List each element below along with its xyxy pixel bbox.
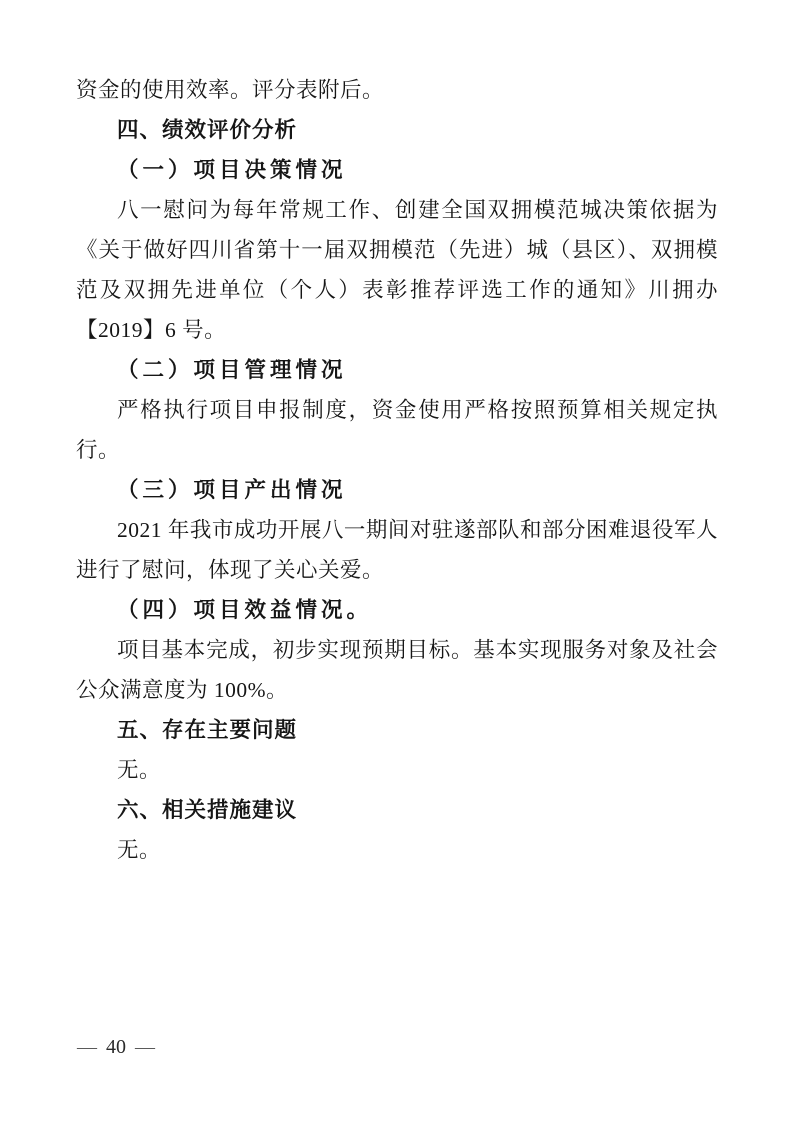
answer-none-problems: 无。 (76, 750, 718, 790)
paragraph-continuation: 资金的使用效率。评分表附后。 (76, 70, 718, 110)
subsection-heading-output: （三）项目产出情况 (76, 470, 718, 510)
page-number-value: 40 (106, 1034, 126, 1060)
subsection-heading-benefit: （四）项目效益情况。 (76, 590, 718, 630)
page-number-dash-left: — (77, 1034, 97, 1060)
subsection-heading-decision: （一）项目决策情况 (76, 150, 718, 190)
paragraph-benefit-detail: 项目基本完成，初步实现预期目标。基本实现服务对象及社会公众满意度为 100%。 (76, 630, 718, 710)
document-body: 资金的使用效率。评分表附后。 四、绩效评价分析 （一）项目决策情况 八一慰问为每… (76, 70, 718, 870)
paragraph-output-detail: 2021 年我市成功开展八一期间对驻遂部队和部分困难退役军人进行了慰问，体现了关… (76, 510, 718, 590)
paragraph-decision-detail: 八一慰问为每年常规工作、创建全国双拥模范城决策依据为《关于做好四川省第十一届双拥… (76, 190, 718, 350)
paragraph-management-detail: 严格执行项目申报制度，资金使用严格按照预算相关规定执行。 (76, 390, 718, 470)
section-heading-performance-analysis: 四、绩效评价分析 (76, 110, 718, 150)
document-page: 资金的使用效率。评分表附后。 四、绩效评价分析 （一）项目决策情况 八一慰问为每… (0, 0, 793, 1122)
section-heading-main-problems: 五、存在主要问题 (76, 710, 718, 750)
page-number: — 40 — (77, 1034, 155, 1060)
answer-none-suggestions: 无。 (76, 830, 718, 870)
section-heading-suggestions: 六、相关措施建议 (76, 790, 718, 830)
page-number-dash-right: — (135, 1034, 155, 1060)
subsection-heading-management: （二）项目管理情况 (76, 350, 718, 390)
